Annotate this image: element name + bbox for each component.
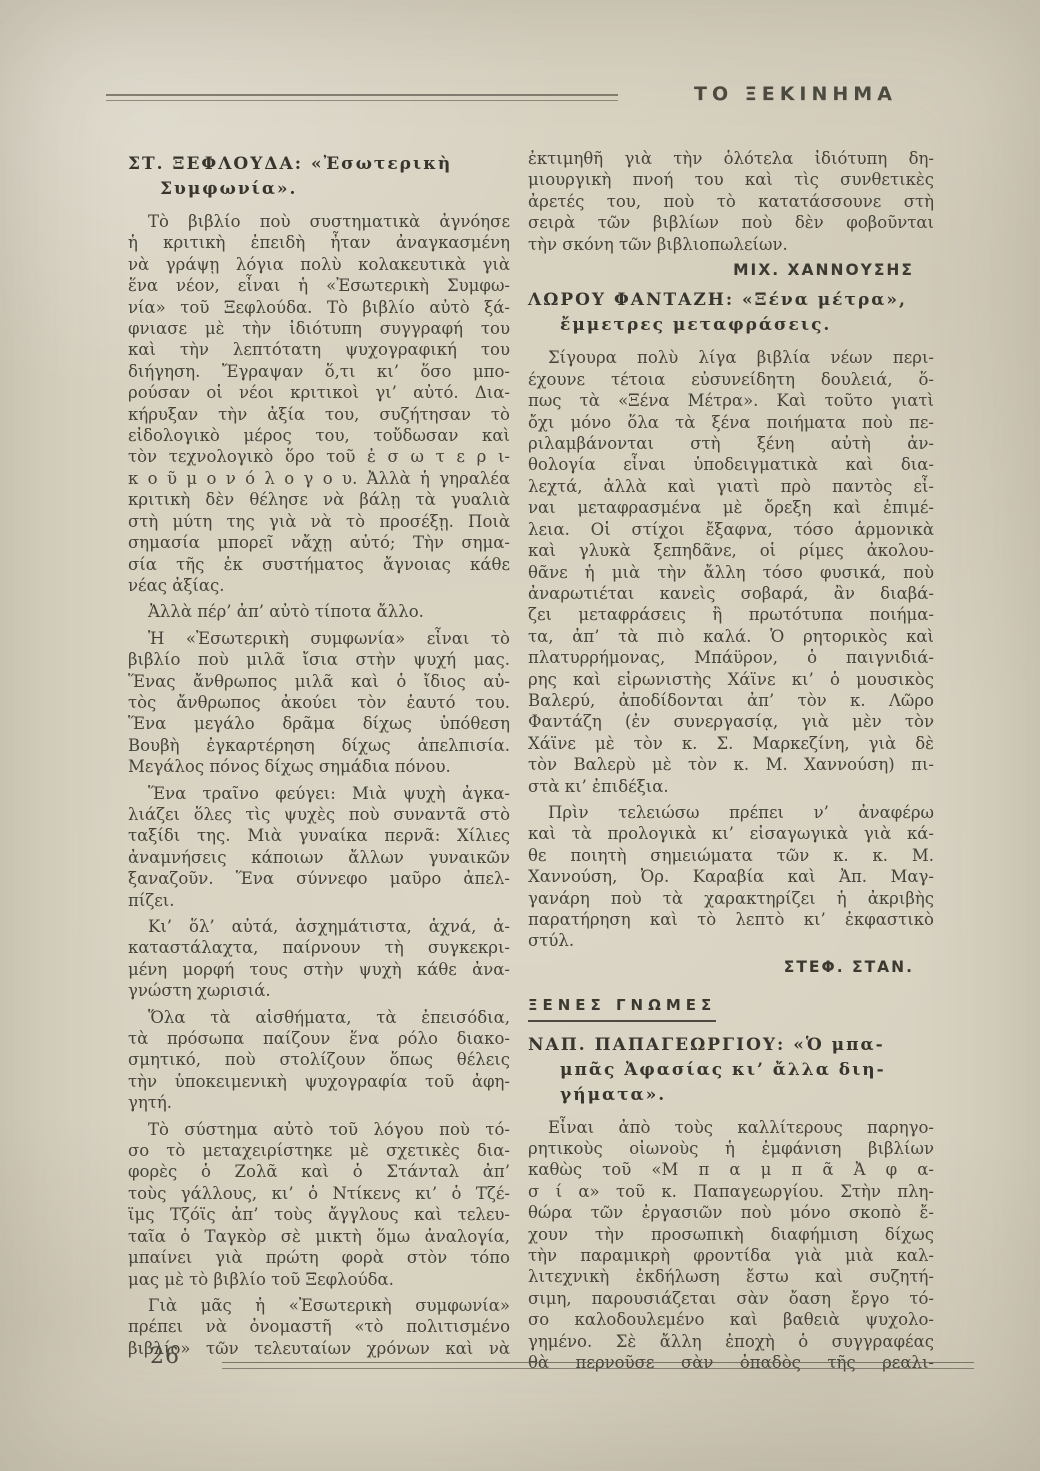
magazine-page: { "page": { "journal_title": "ΤΟ ΞΕΚΙΝΗΜ… — [0, 0, 1040, 1471]
body-paragraph: Κι’ ὅλ’ αὐτά, ἀσχημάτιστα, ἁχνά, ἀ-κατασ… — [128, 916, 510, 1002]
body-paragraph: Ἀλλὰ πέρ’ ἀπ’ αὐτὸ τίποτα ἄλλο. — [128, 601, 510, 622]
body-line: γημένο. Σὲ ἄλλη ἐποχὴ ὁ συγγραφέας — [528, 1331, 934, 1352]
body-paragraph: Τὸ βιβλίο ποὺ συστηματικὰ ἀγνόησεἡ κριτι… — [128, 211, 510, 596]
body-line: ρης καὶ εἰρωνιστὴς Χάϊνε κι’ ὁ μουσικὸς — [528, 669, 934, 690]
body-line: βιβλίο» τῶν τελευταίων χρόνων καὶ νὰ — [128, 1338, 510, 1359]
body-line: καὶ τὰ προλογικὰ κι’ εἰσαγωγικὰ γιὰ κά- — [528, 823, 934, 844]
body-line: σο τὸ μεταχειρίστηκε μὲ σχετικὲς δια- — [128, 1140, 510, 1161]
body-line: Τὸ σύστημα αὐτὸ τοῦ λόγου ποὺ τό- — [128, 1119, 510, 1140]
body-line: στὴ μύτη της γιὰ νὰ τὸ προσέξῃ. Ποιὰ — [128, 511, 510, 532]
body-line: Φαντάζη (ἐν συνεργασίᾳ, γιὰ μὲν τὸν — [528, 711, 934, 732]
body-line: Κι’ ὅλ’ αὐτά, ἀσχημάτιστα, ἁχνά, ἀ- — [128, 916, 510, 937]
body-line: σ ί α» τοῦ κ. Παπαγεωργίου. Στὴν πλη- — [528, 1181, 934, 1202]
body-line: μένη μορφή τους στὴν ψυχὴ κάθε ἀνα- — [128, 959, 510, 980]
body-line: Ἡ «Ἐσωτερικὴ συμφωνία» εἶναι τὸ — [128, 628, 510, 649]
body-line: Μεγάλος πόνος δίχως σημάδια πόνου. — [128, 756, 510, 777]
article-heading-line: ἔμμετρες μεταφράσεις. — [528, 313, 934, 338]
body-line: θώρα τῶν ἐργασιῶν ποὺ μόνο σκοπὸ ἔ- — [528, 1202, 934, 1223]
body-line: μπαίνει γιὰ πρώτη φορὰ στὸν τόπο — [128, 1247, 510, 1268]
body-line: λιτεχνικὴ ἐκδήλωση ἔστω καὶ συζητή- — [528, 1266, 934, 1287]
body-line: πως τὰ «Ξένα Μέτρα». Καὶ τοῦτο γιατὶ — [528, 390, 934, 411]
body-line: ἡ κριτικὴ ἐπειδὴ ἦταν ἀναγκασμένη — [128, 232, 510, 253]
body-line: νέας ἀξίας. — [128, 575, 510, 596]
author-signature: ΜΙΧ. ΧΑΝΝΟΥΣΗΣ — [528, 260, 914, 281]
body-line: Σίγουρα πολὺ λίγα βιβλία νέων περι- — [528, 347, 934, 368]
author-signature: ΣΤΕΦ. ΣΤΑΝ. — [528, 957, 914, 978]
body-line: Βουβὴ ἐγκαρτέρηση δίχως ἀπελπισία. — [128, 735, 510, 756]
body-line: ϊμς Τζόϊς ἀπ’ τοὺς ἄγγλους καὶ τελευ- — [128, 1204, 510, 1225]
body-line: γνώστη χωρισιά. — [128, 980, 510, 1001]
body-line: σία τῆς ἐκ συστήματος ἄγνοιας κάθε — [128, 554, 510, 575]
journal-title: ΤΟ ΞΕΚΙΝΗΜΑ — [694, 83, 897, 105]
body-line: χουν τὴν προσωπικὴ διαφήμιση δίχως — [528, 1224, 934, 1245]
body-line: Εἶναι ἀπὸ τοὺς καλλίτερους παρηγο- — [528, 1117, 934, 1138]
body-paragraph: Πρὶν τελειώσω πρέπει ν’ ἀναφέρωκαὶ τὰ πρ… — [528, 802, 934, 952]
body-paragraph: Σίγουρα πολὺ λίγα βιβλία νέων περι-έχουν… — [528, 347, 934, 797]
body-line: σμητικό, ποὺ στολίζουν ὅπως θέλεις — [128, 1049, 510, 1070]
header-rule — [106, 94, 618, 101]
body-line: τὴν παραμικρὴ φροντίδα γιὰ μιὰ καλ- — [528, 1245, 934, 1266]
body-line: Ἀλλὰ πέρ’ ἀπ’ αὐτὸ τίποτα ἄλλο. — [128, 601, 510, 622]
body-line: ριλαμβάνονται στὴ ξένη αὐτὴ ἀν- — [528, 433, 934, 454]
body-line: ρούσαν οἱ νέοι κριτικοὶ γι’ αὐτό. Δια- — [128, 382, 510, 403]
body-line: σειρὰ τῶν βιβλίων ποὺ δὲν φοβοῦνται — [528, 212, 934, 233]
body-paragraph: Γιὰ μᾶς ἡ «Ἐσωτερικὴ συμφωνία»πρέπει νὰ … — [128, 1295, 510, 1359]
body-line: γητή. — [128, 1092, 510, 1113]
body-paragraph: Τὸ σύστημα αὐτὸ τοῦ λόγου ποὺ τό-σο τὸ μ… — [128, 1119, 510, 1290]
body-line: ναι μεταφρασμένα μὲ ὄρεξη καὶ ἐπιμέ- — [528, 497, 934, 518]
body-line: καθὼς τοῦ «Μ π α μ π ᾶ Ἀ φ α- — [528, 1159, 934, 1180]
body-line: πρέπει νὰ ὀνομαστῆ «τὸ πολιτισμένο — [128, 1316, 510, 1337]
article-heading: ΝΑΠ. ΠΑΠΑΓΕΩΡΓΙΟΥ: «Ὁ μπα-μπᾶς Ἀφασίας κ… — [528, 1033, 934, 1108]
body-line: κήρυξαν τὴν ἀξία του, συζήτησαν τὸ — [128, 404, 510, 425]
left-column: ΣΤ. ΞΕΦΛΟΥΔΑ: «ἘσωτερικὴΣυμφωνία».Τὸ βιβ… — [128, 148, 510, 1364]
article-heading-line: γήματα». — [528, 1083, 934, 1108]
body-line: λεια. Οἱ στίχοι ἔξαφνα, τόσο ἁρμονικὰ — [528, 519, 934, 540]
body-line: Χάϊνε μὲ τὸν κ. Σ. Μαρκεζίνη, γιὰ δὲ — [528, 733, 934, 754]
body-line: νὰ γράψῃ λόγια πολὺ κολακευτικὰ γιὰ — [128, 254, 510, 275]
body-line: θε ποιητὴ σημειώματα τῶν κ. κ. Μ. — [528, 845, 934, 866]
body-line: πίζει. — [128, 890, 510, 911]
body-paragraph: Εἶναι ἀπὸ τοὺς καλλίτερους παρηγο-ρητικο… — [528, 1117, 934, 1374]
body-line: εἰδολογικὸ μέρος του, τοὔδωσαν καὶ — [128, 425, 510, 446]
body-line: θολογία εἶναι ὑποδειγματικὰ καὶ δια- — [528, 454, 934, 475]
article-heading-line: Συμφωνία». — [128, 177, 510, 202]
footer-rule — [222, 1362, 974, 1369]
body-line: μας μὲ τὸ βιβλίο τοῦ Ξεφλούδα. — [128, 1269, 510, 1290]
body-line: κ ο ῦ μ ο ν ό λ ο γ ο υ. Ἀλλὰ ἡ γηραλέα — [128, 468, 510, 489]
body-line: ἀρετές του, ποὺ τὸ κατατάσσουνε στὴ — [528, 191, 934, 212]
article-heading: ΣΤ. ΞΕΦΛΟΥΔΑ: «ἘσωτερικὴΣυμφωνία». — [128, 152, 510, 202]
right-column: ἐκτιμηθῆ γιὰ τὴν ὁλότελα ἰδιότυπη δη-μιο… — [528, 148, 934, 1379]
body-line: Ὅλα τὰ αἰσθήματα, τὰ ἐπεισόδια, — [128, 1007, 510, 1028]
body-line: Ἕνας ἄνθρωπος μιλᾶ καὶ ὁ ἴδιος αὐ- — [128, 671, 510, 692]
body-line: τα, ἀπ’ τὰ πιὸ καλά. Ὁ ρητορικὸς καὶ — [528, 626, 934, 647]
article-heading-line: ΛΩΡΟΥ ΦΑΝΤΑΖΗ: «Ξένα μέτρα», — [528, 288, 934, 313]
body-paragraph: ἐκτιμηθῆ γιὰ τὴν ὁλότελα ἰδιότυπη δη-μιο… — [528, 148, 934, 255]
body-line: έχουνε τέτοια εὐσυνείδητη δουλειά, ὅ- — [528, 369, 934, 390]
body-line: λεχτά, ἀλλὰ καὶ γιατὶ πρὸ παντὸς εἶ- — [528, 476, 934, 497]
body-line: τὸν τεχνολογικὸ ὅρο τοῦ ἐ σ ω τ ε ρ ι- — [128, 446, 510, 467]
article-heading-line: μπᾶς Ἀφασίας κι’ ἄλλα διη- — [528, 1058, 934, 1083]
body-line: ὄχι μόνο ὅλα τὰ ξένα ποιήματα ποὺ πε- — [528, 412, 934, 433]
body-line: Ἕνα τραῖνο φεύγει: Μιὰ ψυχὴ ἀγκα- — [128, 783, 510, 804]
body-line: θᾶνε ἡ μιὰ τὴν ἄλλη τόσο φυσικά, ποὺ — [528, 562, 934, 583]
body-line: ἐκτιμηθῆ γιὰ τὴν ὁλότελα ἰδιότυπη δη- — [528, 148, 934, 169]
body-line: στὰ κι’ ἐπιδέξια. — [528, 776, 934, 797]
body-line: γανάρη ποὺ τὰ χαρακτηρίζει ἡ ἀκριβὴς — [528, 888, 934, 909]
body-line: νία» τοῦ Ξεφλούδα. Τὸ βιβλίο αὐτὸ ξά- — [128, 297, 510, 318]
body-paragraph: Ὅλα τὰ αἰσθήματα, τὰ ἐπεισόδια,τὰ πρόσωπ… — [128, 1007, 510, 1114]
body-line: Βαλερύ, ἀποδίδονται ἀπ’ τὸν κ. Λῶρο — [528, 690, 934, 711]
article-heading-line: ΝΑΠ. ΠΑΠΑΓΕΩΡΓΙΟΥ: «Ὁ μπα- — [528, 1033, 934, 1058]
body-line: καὶ τὴν λεπτότατη ψυχογραφική του — [128, 339, 510, 360]
body-line: τὸν Βαλερὺ μὲ τὸν κ. Μ. Χαννούση) πι- — [528, 754, 934, 775]
article-heading-line: ΣΤ. ΞΕΦΛΟΥΔΑ: «Ἐσωτερικὴ — [128, 152, 510, 177]
body-line: Ἕνα μεγάλο δρᾶμα δίχως ὑπόθεση — [128, 713, 510, 734]
body-line: παρατήρηση καὶ τὸ λεπτὸ κι’ ἐκφαστικὸ — [528, 909, 934, 930]
body-line: φορὲς ὁ Ζολᾶ καὶ ὁ Στάνταλ ἀπ’ — [128, 1161, 510, 1182]
body-paragraph: Ἕνα τραῖνο φεύγει: Μιὰ ψυχὴ ἀγκα-λιάζει … — [128, 783, 510, 911]
body-line: ἀναρωτιέται κανεὶς σοβαρά, ἂν διαβά- — [528, 583, 934, 604]
body-line: ζει μεταφράσεις ἢ πρωτότυπα ποιήμα- — [528, 604, 934, 625]
body-line: διήγηση. Ἔγραψαν ὅ,τι κι’ ὅσο μπο- — [128, 361, 510, 382]
body-line: τοὺς γάλλους, κι’ ὁ Ντίκενς κι’ ὁ Τζέ- — [128, 1183, 510, 1204]
body-line: λιάζει ὅλες τὶς ψυχὲς ποὺ συναντᾶ στὸ — [128, 804, 510, 825]
body-line: Χαννούση, Ὀρ. Καραβία καὶ Ἀπ. Μαγ- — [528, 866, 934, 887]
page-number: 26 — [150, 1344, 180, 1369]
body-line: τὴν σκόνη τῶν βιβλιοπωλείων. — [528, 234, 934, 255]
article-heading: ΛΩΡΟΥ ΦΑΝΤΑΖΗ: «Ξένα μέτρα»,ἔμμετρες μετ… — [528, 288, 934, 338]
body-line: ἀναμνήσεις κάποιων ἄλλων γυναικῶν — [128, 847, 510, 868]
body-line: ταῖα ὁ Ταγκὸρ σὲ μικτὴ ὅμω ἀναλογία, — [128, 1226, 510, 1247]
body-line: Τὸ βιβλίο ποὺ συστηματικὰ ἀγνόησε — [128, 211, 510, 232]
body-line: ταξίδι της. Μιὰ γυναίκα περνᾶ: Χίλιες — [128, 825, 510, 846]
body-line: ρητικοὺς οἰωνοὺς ἡ ἐμφάνιση βιβλίων — [528, 1138, 934, 1159]
body-line: τὰ πρόσωπα παίζουν ἕνα ρόλο διακο- — [128, 1028, 510, 1049]
section-label-block: ΞΕΝΕΣ ΓΝΩΜΕΣ — [528, 994, 934, 1021]
body-paragraph: Ἡ «Ἐσωτερικὴ συμφωνία» εἶναι τὸβιβλίο πο… — [128, 628, 510, 778]
body-line: σημασία μπορεῖ νἄχῃ αὐτό; Τὴν σημα- — [128, 532, 510, 553]
body-line: καταστάλαχτα, παίρνουν τὴ συγκεκρι- — [128, 937, 510, 958]
body-line: κριτικὴ δὲν θέλησε νὰ βάλῃ τὰ γυαλιὰ — [128, 489, 510, 510]
body-line: στύλ. — [528, 930, 934, 951]
body-line: τὸς ἄνθρωπος ἀκούει τὸν ἑαυτό του. — [128, 692, 510, 713]
body-line: σιμη, παρουσιάζεται σὰν ὄαση ἔργο τό- — [528, 1288, 934, 1309]
body-line: πλατυρρήμονας, Μπάϋρον, ὁ παιγνιδιά- — [528, 647, 934, 668]
body-line: Πρὶν τελειώσω πρέπει ν’ ἀναφέρω — [528, 802, 934, 823]
section-label: ΞΕΝΕΣ ΓΝΩΜΕΣ — [528, 995, 716, 1021]
body-line: καὶ γλυκὰ ξεπηδᾶνε, οἱ ρίμες ἀκολου- — [528, 540, 934, 561]
body-line: Γιὰ μᾶς ἡ «Ἐσωτερικὴ συμφωνία» — [128, 1295, 510, 1316]
body-line: ξαναζοῦν. Ἕνα σύννεφο μαῦρο ἀπελ- — [128, 868, 510, 889]
body-line: ἕνα νέον, εἶναι ἡ «Ἐσωτερικὴ Συμφω- — [128, 275, 510, 296]
body-line: μιουργικὴ πνοή του καὶ τὶς συνθετικὲς — [528, 169, 934, 190]
body-line: τὴν ὑποκειμενικὴ ψυχογραφία τοῦ ἀφη- — [128, 1071, 510, 1092]
body-line: βιβλίο ποὺ μιλᾶ ἴσια στὴν ψυχή μας. — [128, 649, 510, 670]
body-line: σο καλοδουλεμένο καὶ βαθειὰ ψυχολο- — [528, 1309, 934, 1330]
body-line: φνιασε μὲ τὴν ἰδιότυπη συγγραφή του — [128, 318, 510, 339]
